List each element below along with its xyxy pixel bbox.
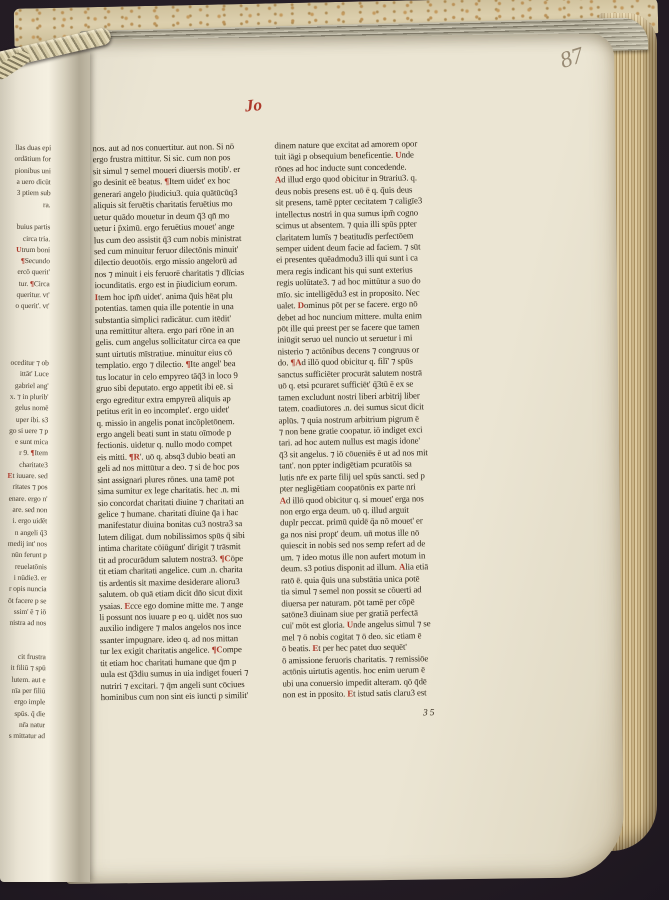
text-line: medij int' nos xyxy=(0,538,47,550)
text-line: ergo imple xyxy=(0,696,45,708)
text-line: ritates ⁊ pos xyxy=(0,481,48,493)
text-line: ¶Secundo xyxy=(2,255,50,267)
text-line: are. sed non xyxy=(0,504,47,516)
handwritten-folio-number: 87 xyxy=(557,42,587,74)
text-line: pionibus uni xyxy=(3,164,51,176)
text-line: nr̄a natur xyxy=(0,719,45,731)
text-line: ordātium for xyxy=(3,153,51,165)
text-line: it filiū ⁊ spū xyxy=(0,662,46,674)
text-line: Et iuuare. sed xyxy=(0,470,48,482)
recto-page: Jo 87 nos. aut ad nos conuertitur. aut n… xyxy=(56,33,624,884)
text-line: nūn ferunt p xyxy=(0,549,47,561)
text-line xyxy=(1,323,49,335)
text-line: s mittatur ad xyxy=(0,730,45,742)
text-line: n angeli q̄3 xyxy=(0,526,47,538)
text-line: 3 ptiem sub xyxy=(3,187,51,199)
text-line: Utrum boni xyxy=(2,244,50,256)
text-line xyxy=(2,210,50,222)
header-rubric: Jo xyxy=(244,95,263,116)
text-line: buius partis xyxy=(2,221,50,233)
text-line: enare. ergo n' xyxy=(0,492,47,504)
text-line: hominibus cum non sint eis iuncti p simi… xyxy=(101,690,275,704)
text-line: non est in pposito. Et istud satis claru… xyxy=(283,687,457,701)
text-line: nīa per filiū xyxy=(0,685,45,697)
page-text-block: Jo 87 nos. aut ad nos conuertitur. aut n… xyxy=(55,32,625,884)
text-column-right: dinem nature que excitat ad amorem oport… xyxy=(274,138,456,701)
text-line: i nūdie3. er xyxy=(0,572,47,584)
text-line: i. ergo uidēt xyxy=(0,515,47,527)
text-line: x. ⁊ in plurib' xyxy=(0,391,48,403)
text-line xyxy=(0,639,46,651)
text-line: r opis nuncia xyxy=(0,583,47,595)
text-line: gabriel ang' xyxy=(1,379,49,391)
text-line: nistra ad nos xyxy=(0,617,46,629)
text-line: queritur. vt' xyxy=(1,289,49,301)
text-line: lutem. aut e xyxy=(0,673,46,685)
text-line: go si uere ⁊ p xyxy=(0,425,48,437)
text-line: uper ibi. s3 xyxy=(0,413,48,425)
text-line xyxy=(0,628,46,640)
text-line xyxy=(1,334,49,346)
text-line: ssim' ē ⁊ iō xyxy=(0,606,46,618)
text-line: reuelatōnis xyxy=(0,560,47,572)
text-line xyxy=(1,311,49,323)
curled-facing-leaf: llas duas epiordātium forpionibus unia u… xyxy=(0,52,90,882)
text-line: spūs. q̄ die xyxy=(0,707,45,719)
text-line: e sunt mica xyxy=(0,436,48,448)
text-line: ercō querit' xyxy=(2,266,50,278)
text-line: charitate3 xyxy=(0,458,48,470)
facing-leaf-text-fragments: llas duas epiordātium forpionibus unia u… xyxy=(0,142,53,742)
book-photo: Jo 87 nos. aut ad nos conuertitur. aut n… xyxy=(0,0,669,900)
text-line: cit frustra xyxy=(0,651,46,663)
text-line: tur. ¶Circa xyxy=(2,277,50,289)
text-column-left: nos. aut ad nos conuertitur. aut non. Si… xyxy=(92,141,274,704)
text-line: o querit'. vt' xyxy=(1,300,49,312)
text-line: ōt facere p se xyxy=(0,594,46,606)
text-line: oceditur ⁊ ob xyxy=(1,357,49,369)
text-line: circa tria. xyxy=(2,232,50,244)
text-line xyxy=(1,345,49,357)
text-line: a uero dicūt xyxy=(3,176,51,188)
text-line: r 9. ¶Item xyxy=(0,447,48,459)
text-line: llas duas epi xyxy=(3,142,51,154)
text-line: ittāt' Luce xyxy=(1,368,49,380)
text-line: ra. xyxy=(2,198,50,210)
text-line: gelus nomē xyxy=(0,402,48,414)
quire-signature: 35 xyxy=(423,708,437,718)
